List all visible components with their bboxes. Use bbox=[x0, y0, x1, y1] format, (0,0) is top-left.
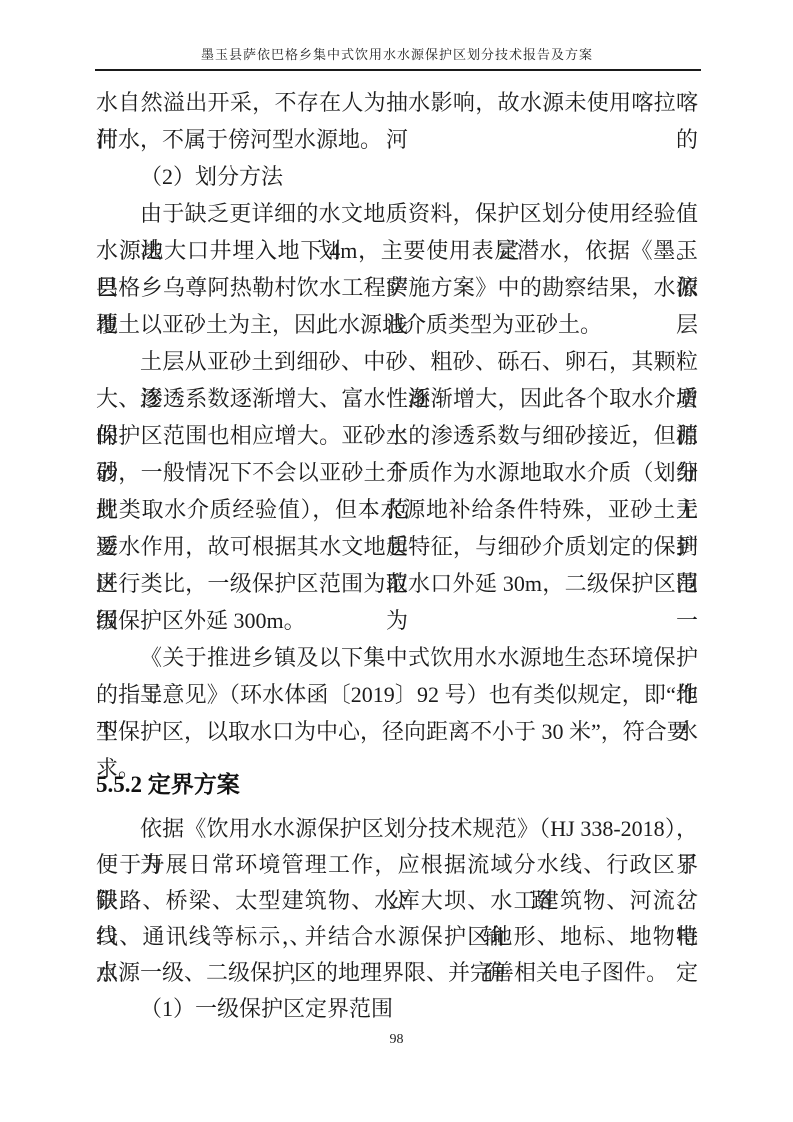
text-line: 型保护区，以取水口为中心，径向距离不小于 30 米”，符合要求。 bbox=[96, 713, 698, 750]
text-line: 线、通讯线等标示，并结合水源保护区地形、地标、地物特点，确定 bbox=[96, 919, 698, 955]
section-heading: 5.5.2 定界方案 bbox=[96, 766, 698, 803]
text-line: 的指导意见》（环水体函〔2019〕92 号）也有类似规定，即“地下水 bbox=[96, 676, 698, 713]
body-block-b: 依据《饮用水水源保护区划分技术规范》（HJ 338-2018），为了便于开展日常… bbox=[96, 811, 698, 1027]
text-line: （1）一级保护区定界范围 bbox=[96, 991, 698, 1027]
text-line: 透水作用，故可根据其水文地质特征，与细砂介质划定的保护区范围 bbox=[96, 528, 698, 565]
text-line: （2）划分方法 bbox=[96, 158, 698, 195]
text-line: 此类取水介质经验值），但本水源地补给条件特殊，亚砂土主要起到 bbox=[96, 491, 698, 528]
text-line: 砂，一般情况下不会以亚砂土介质作为水源地取水介质（划分规范无 bbox=[96, 454, 698, 491]
text-line: 由于缺乏更详细的水文地质资料，保护区划分使用经验值法划定。 bbox=[96, 195, 698, 232]
header-title: 墨玉县萨依巴格乡集中式饮用水水源保护区划分技术报告及方案 bbox=[96, 44, 698, 63]
page-number: 98 bbox=[0, 1032, 793, 1048]
text-line: 保护区范围也相应增大。亚砂土的渗透系数与细砂接近，但稍弱于细 bbox=[96, 417, 698, 454]
text-line: 水自然溢出开采，不存在人为抽水影响，故水源未使用喀拉喀什河的 bbox=[96, 84, 698, 121]
text-line: 依据《饮用水水源保护区划分技术规范》（HJ 338-2018），为了 bbox=[96, 811, 698, 847]
text-line: 水源一级、二级保护区的地理界限、并完善相关电子图件。 bbox=[96, 955, 698, 991]
text-line: 大、渗透系数逐渐增大、富水性逐渐增大，因此各个取水介质的水源 bbox=[96, 380, 698, 417]
text-line: 土层从亚砂土到细砂、中砂、粗砂、砾石、卵石，其颗粒逐渐增 bbox=[96, 343, 698, 380]
text-line: 便于开展日常环境管理工作，应根据流域分水线、行政区界限、公路、 bbox=[96, 847, 698, 883]
text-line: 《关于推进乡镇及以下集中式饮用水水源地生态环境保护工作 bbox=[96, 639, 698, 676]
text-line: 进行类比，一级保护区范围为取水口外延 30m，二级保护区范围为一 bbox=[96, 565, 698, 602]
text-line: 巴格乡乌尊阿热勒村饮水工程实施方案》中的勘察结果，水源地浅层 bbox=[96, 269, 698, 306]
document-page: 墨玉县萨依巴格乡集中式饮用水水源保护区划分技术报告及方案 水自然溢出开采，不存在… bbox=[0, 0, 793, 1122]
text-line: 铁路、桥梁、大型建筑物、水库大坝、水工建筑物、河流岔口、输电 bbox=[96, 883, 698, 919]
body-block-a: 水自然溢出开采，不存在人为抽水影响，故水源未使用喀拉喀什河的河水，不属于傍河型水… bbox=[96, 84, 698, 750]
header-rule bbox=[95, 69, 701, 71]
text-line: 水源地大口井埋入地下 4m，主要使用表层潜水，依据《墨玉县萨依 bbox=[96, 232, 698, 269]
